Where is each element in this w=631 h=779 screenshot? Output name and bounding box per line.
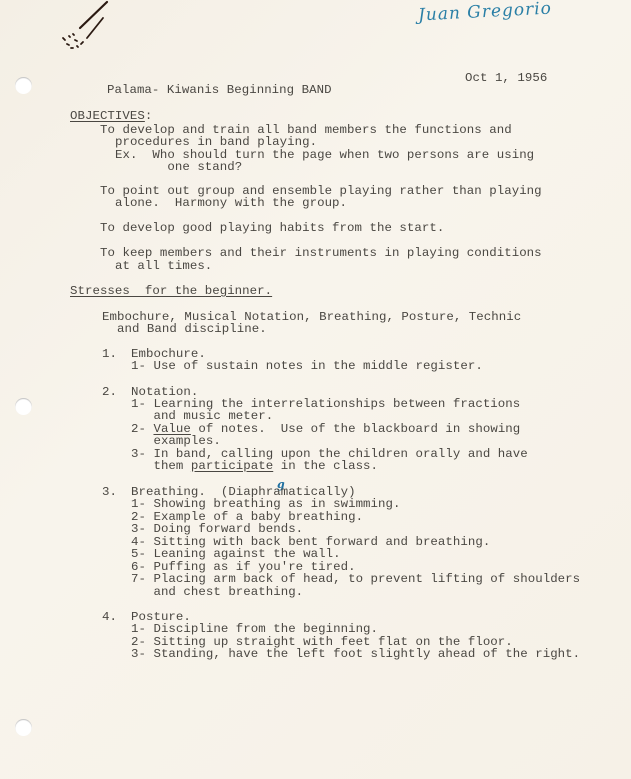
objective-1-line-2: procedures in band playing.: [100, 136, 317, 148]
item-text: of notes. Use of the blackboard in showi…: [191, 422, 520, 436]
stresses-intro-line-2: and Band discipline.: [102, 323, 267, 335]
objectives-heading: OBJECTIVES:: [70, 110, 152, 122]
section-3-item-5: 5- Leaning against the wall.: [131, 548, 341, 560]
objective-3-line-1: To develop good playing habits from the …: [100, 222, 444, 234]
objective-1-example-line-2: one stand?: [100, 161, 242, 173]
objective-4-line-2: at all times.: [100, 260, 212, 272]
section-3-item-1: 1- Showing breathing as in swimming.: [131, 498, 400, 510]
section-1-item-1: 1- Use of sustain notes in the middle re…: [131, 360, 483, 372]
section-4-item-3: 3- Standing, have the left foot slightly…: [131, 648, 580, 660]
document-page: Juan Gregorio Oct 1, 1956 Palama- Kiwani…: [0, 0, 631, 779]
hole-punch-top: [15, 77, 32, 94]
hole-punch-bottom: [15, 719, 32, 736]
section-1-number: 1.: [102, 348, 117, 360]
section-4-item-1: 1- Discipline from the beginning.: [131, 623, 378, 635]
handwritten-signature: Juan Gregorio: [418, 0, 553, 25]
objectives-heading-text: OBJECTIVES: [70, 109, 145, 123]
stresses-heading: Stresses for the beginner.: [70, 285, 272, 297]
section-4-number: 4.: [102, 611, 117, 623]
section-2-item-1-line-2: and music meter.: [131, 410, 273, 422]
objectives-heading-colon: :: [145, 109, 153, 123]
section-3-number: 3.: [102, 486, 117, 498]
hole-punch-middle: [15, 398, 32, 415]
section-3-item-7-line-1: 7- Placing arm back of head, to prevent …: [131, 573, 580, 585]
objective-2-line-2: alone. Harmony with the group.: [100, 197, 347, 209]
section-2-number: 2.: [102, 386, 117, 398]
item-prefix: them: [131, 459, 191, 473]
section-2-item-3-line-2: them participate in the class.: [131, 460, 378, 472]
objective-4-line-1: To keep members and their instruments in…: [100, 247, 542, 259]
pen-marks-icon: [55, 0, 115, 56]
document-title: Palama- Kiwanis Beginning BAND: [107, 84, 332, 96]
item-text: in the class.: [273, 459, 378, 473]
section-3-item-3: 3- Doing forward bends.: [131, 523, 303, 535]
underlined-word-participate: participate: [191, 459, 273, 473]
section-2-item-2-line-2: examples.: [131, 435, 221, 447]
document-date: Oct 1, 1956: [465, 72, 547, 84]
section-3-item-7-line-2: and chest breathing.: [131, 586, 303, 598]
